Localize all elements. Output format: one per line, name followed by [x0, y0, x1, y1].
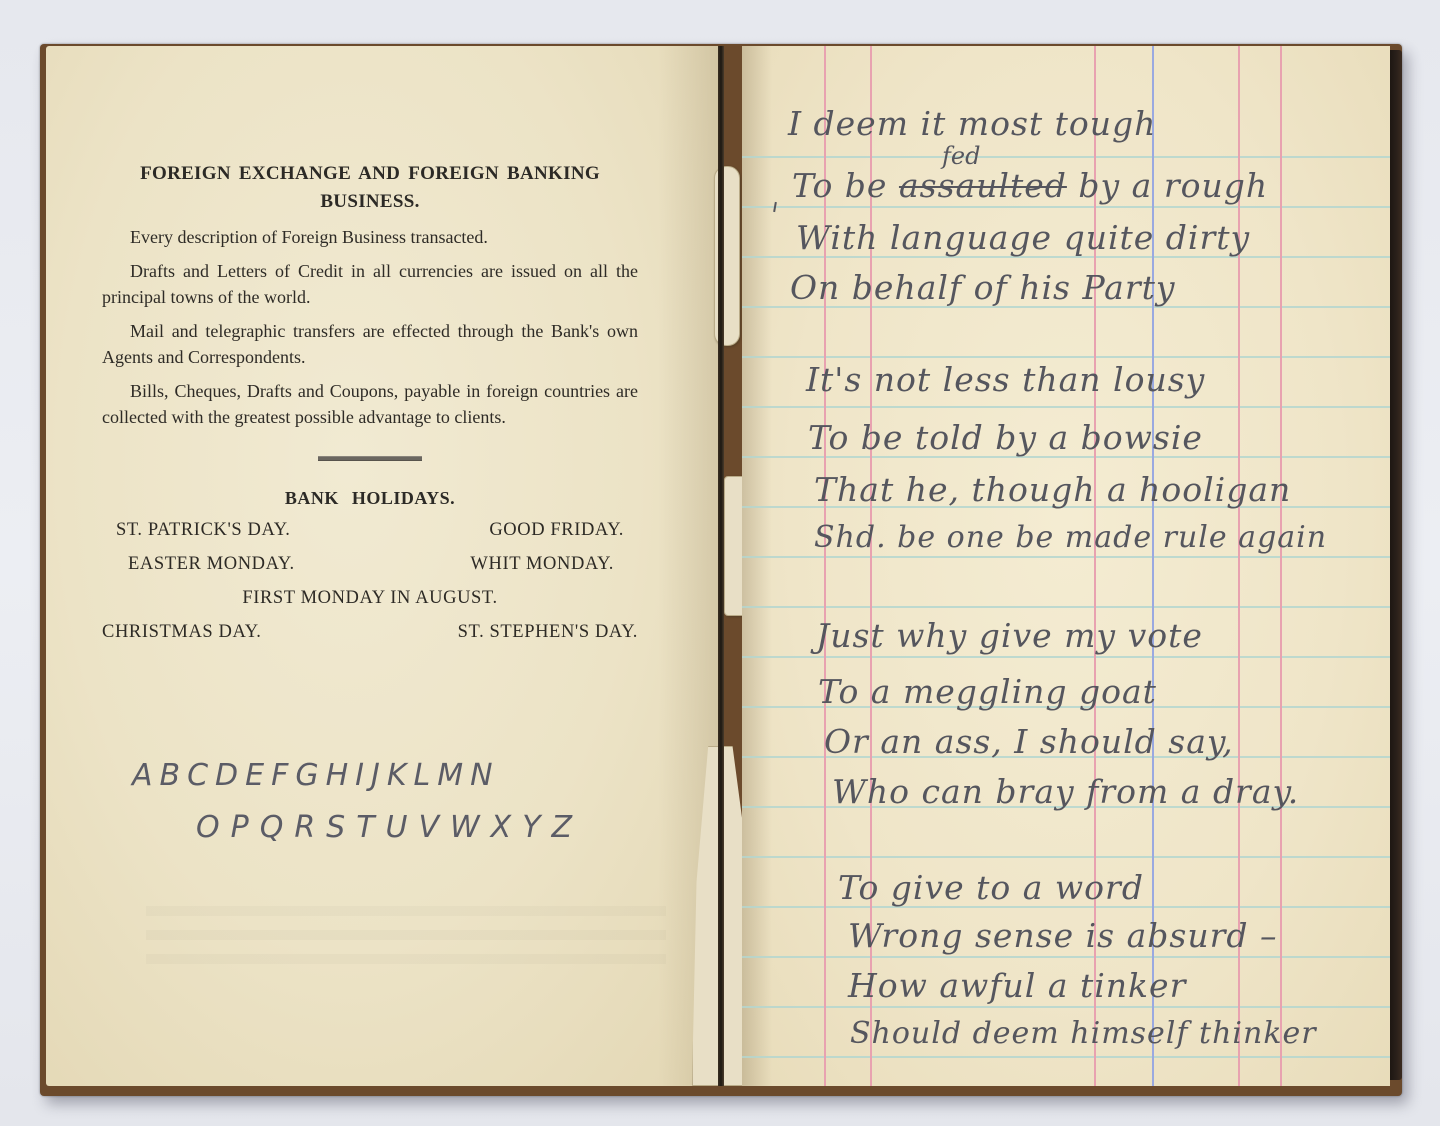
handwritten-alphabet-line: ABCDEFGHIJKLMN: [132, 758, 692, 793]
holiday: EASTER MONDAY.: [128, 547, 295, 581]
holiday-row: CHRISTMAS DAY. ST. STEPHEN'S DAY.: [102, 615, 638, 649]
poem-line: I deem it most tough: [788, 104, 1156, 143]
holiday: ST. PATRICK'S DAY.: [116, 513, 291, 547]
handwritten-alphabet-line: OPQRSTUVWXYZ: [196, 810, 718, 845]
poem-line: To be told by a bowsie: [808, 418, 1203, 457]
holiday: FIRST MONDAY IN AUGUST.: [242, 581, 497, 615]
ruled-page: fed I deem it most tough To be assaulted…: [742, 46, 1390, 1086]
poem-line: It's not less than lousy: [806, 360, 1205, 399]
poem-line-part: To be: [792, 166, 899, 205]
holidays-heading: BANK HOLIDAYS.: [102, 483, 638, 513]
struck-word: assaulted: [899, 166, 1067, 205]
book-cover-edge: [1388, 50, 1402, 1080]
paragraph: Every description of Foreign Business tr…: [102, 224, 638, 250]
poem-line: Should deem himself thinker: [850, 1016, 1317, 1051]
foreign-exchange-section: FOREIGN EXCHANGE AND FOREIGN BANKING BUS…: [102, 160, 638, 649]
poem-line: How awful a tinker: [848, 966, 1186, 1005]
holiday: GOOD FRIDAY.: [489, 513, 624, 547]
paragraph: Drafts and Letters of Credit in all curr…: [102, 258, 638, 310]
poem-line: On behalf of his Party: [790, 268, 1176, 307]
divider-rule: [318, 456, 422, 461]
printed-page: FOREIGN EXCHANGE AND FOREIGN BANKING BUS…: [46, 46, 718, 1086]
handwritten-poem: fed I deem it most tough To be assaulted…: [742, 46, 1390, 1086]
paragraph: Bills, Cheques, Drafts and Coupons, paya…: [102, 378, 638, 430]
spine-shadow: [718, 46, 724, 1086]
poem-line: Wrong sense is absurd –: [848, 916, 1277, 955]
poem-line: To be assaulted by a rough: [792, 166, 1268, 205]
pencil-mark: [773, 202, 777, 212]
show-through-text: [146, 906, 666, 976]
holiday: WHIT MONDAY.: [470, 547, 614, 581]
holiday-row: ST. PATRICK'S DAY. GOOD FRIDAY.: [102, 513, 638, 547]
poem-line: With language quite dirty: [796, 218, 1250, 257]
section-heading: FOREIGN EXCHANGE AND FOREIGN BANKING BUS…: [102, 160, 638, 216]
paragraph: Mail and telegraphic transfers are effec…: [102, 318, 638, 370]
holiday: ST. STEPHEN'S DAY.: [458, 615, 638, 649]
holiday-row: FIRST MONDAY IN AUGUST.: [102, 581, 638, 615]
poem-line: Just why give my vote: [816, 616, 1203, 655]
poem-line: Or an ass, I should say,: [824, 722, 1234, 761]
poem-line: That he, though a hooligan: [814, 470, 1291, 509]
poem-line: Who can bray from a dray.: [832, 772, 1299, 811]
poem-line: Shd. be one be made rule again: [814, 520, 1327, 555]
holiday: CHRISTMAS DAY.: [102, 615, 262, 649]
poem-line: To a meggling goat: [818, 672, 1157, 711]
holiday-row: EASTER MONDAY. WHIT MONDAY.: [102, 547, 638, 581]
poem-line-part: by a rough: [1067, 166, 1268, 205]
poem-line: To give to a word: [838, 868, 1144, 907]
